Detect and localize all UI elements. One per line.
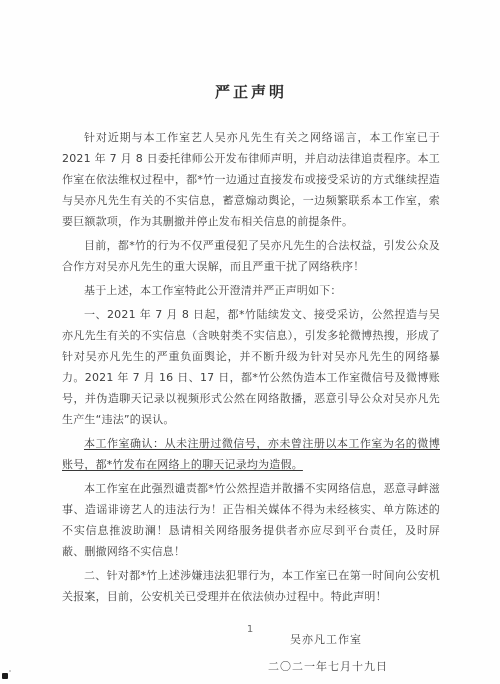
paragraph-declaration-lead-in: 基于上述，本工作室特此公开澄清并严正声明如下： (62, 280, 440, 301)
paragraph-current-situation: 目前，都*竹的行为不仅严重侵犯了吴亦凡先生的合法权益，引发公众及合作方对吴亦凡先… (62, 235, 440, 277)
statement-title: 严正声明 (62, 82, 440, 102)
paragraph-intro: 针对近期与本工作室艺人吴亦凡先生有关之网络谣言，本工作室已于 2021 年 7 … (62, 127, 440, 232)
paragraph-underlined-confirmation: 本工作室确认：从未注册过微信号，亦未曾注册以本工作室为名的微博账号，都*竹发布在… (62, 433, 440, 475)
statement-document-page: 严正声明 针对近期与本工作室艺人吴亦凡先生有关之网络谣言，本工作室已于 2021… (0, 0, 500, 684)
paragraph-point-two: 二、针对都*竹上述涉嫌违法犯罪行为，本工作室已在第一时间向公安机关报案，目前，公… (62, 565, 440, 607)
paragraph-condemnation: 本工作室在此强烈谴责都*竹公然捏造并散播不实网络信息，恶意寻衅滋事、造谣诽谤艺人… (62, 478, 440, 562)
page-number: 1 (0, 624, 500, 635)
paragraph-point-one: 一、2021 年 7 月 8 日起，都*竹陆续发文、接受采访，公然捏造与吴亦凡先… (62, 304, 440, 430)
signature-block: 吴亦凡工作室 二〇二一年七月十九日 (62, 629, 440, 677)
signature-date: 二〇二一年七月十九日 (62, 656, 440, 677)
corner-artifact-dot (2, 673, 8, 679)
